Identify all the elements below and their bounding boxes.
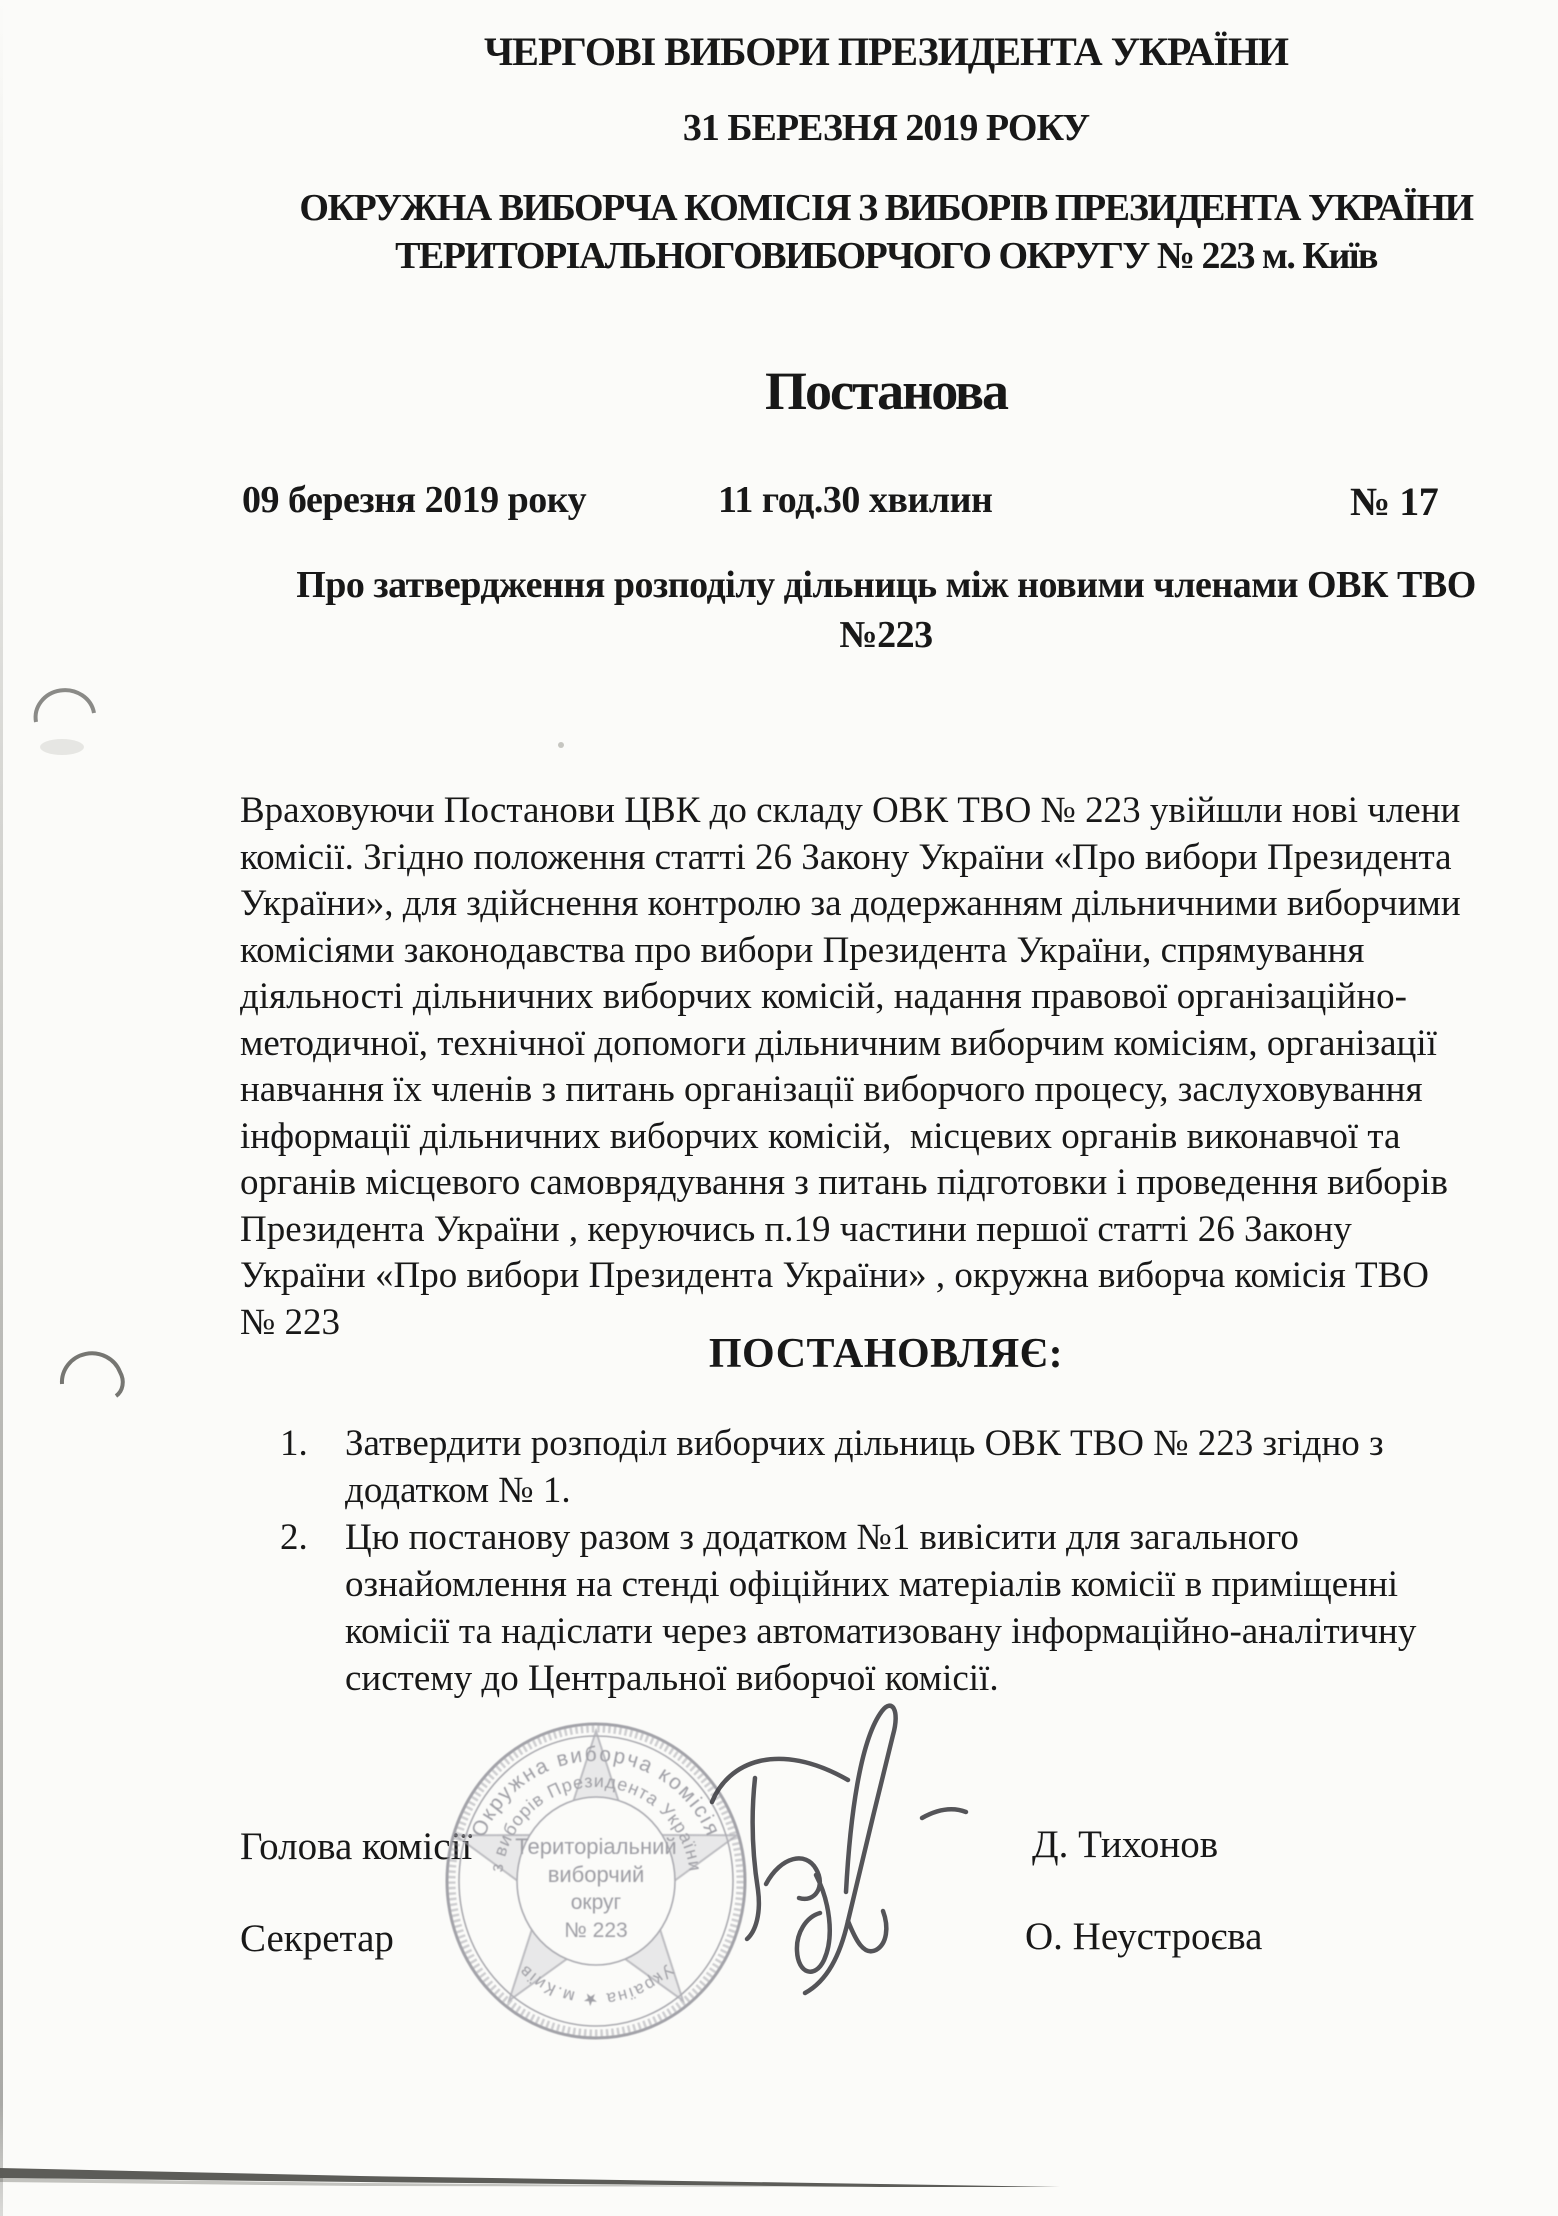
resolution-item-1: 1. Затвердити розподіл виборчих дільниць… — [280, 1420, 1550, 1514]
secretary-role-label: Секретар — [240, 1916, 394, 1961]
resolution-item-1-text: Затвердити розподіл виборчих дільниць ОВ… — [345, 1420, 1384, 1514]
punch-hole-arc-bottom — [62, 1353, 123, 1396]
commission-name: ОКРУЖНА ВИБОРЧА КОМІСІЯ З ВИБОРІВ ПРЕЗИД… — [240, 184, 1532, 280]
scanned-resolution-page: ЧЕРГОВІ ВИБОРИ ПРЕЗИДЕНТА УКРАЇНИ 31 БЕР… — [0, 0, 1558, 2216]
doc-type-title: Постанова — [240, 360, 1532, 422]
secretary-name: О. Неустроєва — [1025, 1914, 1262, 1959]
body-paragraph: Враховуючи Постанови ЦВК до складу ОВК Т… — [240, 788, 1540, 1346]
commission-name-line1: ОКРУЖНА ВИБОРЧА КОМІСІЯ З ВИБОРІВ ПРЕЗИД… — [240, 184, 1532, 232]
subject-line1: Про затвердження розподілу дільниць між … — [240, 560, 1532, 610]
paper-bottom-edge — [0, 2168, 1060, 2187]
scan-left-edge-shadow — [0, 0, 3, 2216]
chairman-signature-ink — [600, 1580, 1000, 2020]
resolution-subject: Про затвердження розподілу дільниць між … — [240, 560, 1532, 660]
resolution-date: 09 березня 2019 року — [242, 478, 586, 522]
commission-name-line2: ТЕРИТОРІАЛЬНОГОВИБОРЧОГО ОКРУГУ № 223 м.… — [240, 232, 1532, 280]
resolution-item-1-number: 1. — [280, 1420, 345, 1467]
resolves-heading: ПОСТАНОВЛЯЄ: — [240, 1330, 1532, 1378]
punch-hole-arc-top — [36, 690, 94, 722]
scan-speck — [558, 742, 564, 748]
election-date-line: 31 БЕРЕЗНЯ 2019 РОКУ — [240, 106, 1532, 150]
election-title: ЧЕРГОВІ ВИБОРИ ПРЕЗИДЕНТА УКРАЇНИ — [240, 28, 1532, 75]
resolution-time: 11 год.30 хвилин — [718, 478, 992, 522]
chairman-name: Д. Тихонов — [1032, 1822, 1218, 1867]
resolution-number: № 17 — [1350, 478, 1438, 525]
subject-line2: №223 — [240, 610, 1532, 660]
resolution-item-2-number: 2. — [280, 1514, 345, 1561]
